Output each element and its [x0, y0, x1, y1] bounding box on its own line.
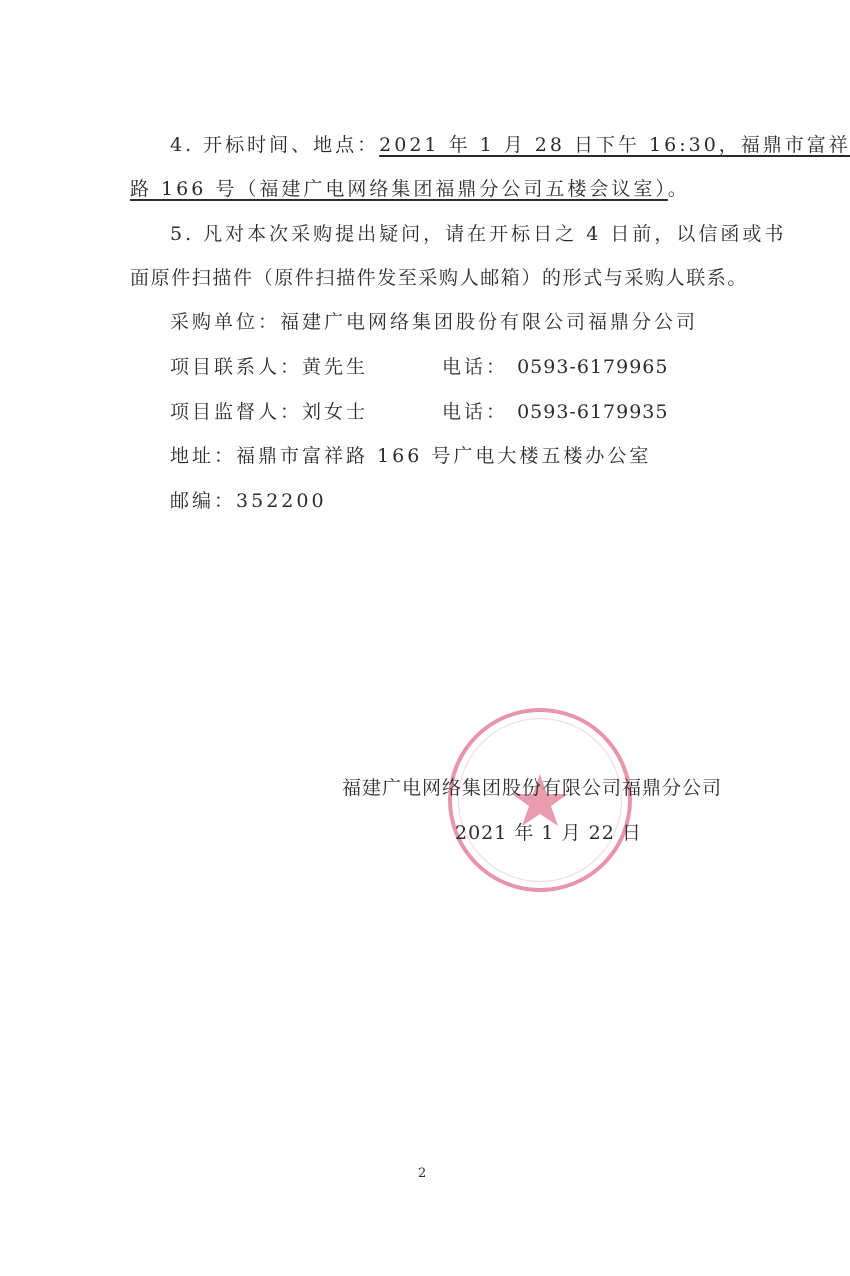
supervisor-phone: 0593-6179935 [517, 401, 668, 423]
supervisor-phone-label: 电话： [442, 401, 508, 423]
item-4-label: 4. 开标时间、地点： [170, 134, 379, 156]
signature-org: 福建广电网络集团股份有限公司福鼎分公司 [342, 776, 722, 800]
address-label: 地址： [170, 445, 236, 467]
signature-date: 2021 年 1 月 22 日 [455, 821, 642, 845]
contact-phone-label: 电话： [442, 356, 508, 378]
postcode-label: 邮编： [170, 490, 236, 512]
contact-row: 项目联系人：黄先生 [170, 355, 368, 379]
item-4-time-place: 2021 年 1 月 28 日下午 16:30，福鼎市富祥 [379, 134, 850, 156]
supervisor-label: 项目监督人： [170, 401, 302, 423]
postcode-value: 352200 [236, 490, 327, 512]
company-seal [448, 708, 632, 892]
contact-phone: 0593-6179965 [517, 356, 668, 378]
seal-star-icon [452, 712, 628, 888]
page-number: 2 [418, 1166, 426, 1181]
item-4-line-1: 4. 开标时间、地点：2021 年 1 月 28 日下午 16:30，福鼎市富祥 [170, 133, 850, 157]
period: 。 [668, 178, 690, 200]
purchaser-label: 采购单位： [170, 311, 280, 333]
address-value: 福鼎市富祥路 166 号广电大楼五楼办公室 [236, 445, 651, 467]
contact-label: 项目联系人： [170, 356, 302, 378]
supervisor-name: 刘女士 [302, 401, 368, 423]
item-5-line-1: 5. 凡对本次采购提出疑问，请在开标日之 4 日前，以信函或书 [170, 222, 786, 246]
item-4-place-detail: 路 166 号（福建广电网络集团福鼎分公司五楼会议室） [130, 178, 668, 200]
contact-phone-row: 电话： 0593-6179965 [442, 355, 668, 379]
contact-name: 黄先生 [302, 356, 368, 378]
item-4-line-2: 路 166 号（福建广电网络集团福鼎分公司五楼会议室）。 [130, 177, 690, 201]
item-5-line-2: 面原件扫描件（原件扫描件发至采购人邮箱）的形式与采购人联系。 [130, 266, 748, 290]
supervisor-phone-row: 电话： 0593-6179935 [442, 400, 668, 424]
postcode-row: 邮编：352200 [170, 489, 327, 513]
address-row: 地址：福鼎市富祥路 166 号广电大楼五楼办公室 [170, 444, 651, 468]
purchaser-row: 采购单位：福建广电网络集团股份有限公司福鼎分公司 [170, 310, 698, 334]
purchaser-value: 福建广电网络集团股份有限公司福鼎分公司 [280, 311, 698, 333]
supervisor-row: 项目监督人：刘女士 [170, 400, 368, 424]
